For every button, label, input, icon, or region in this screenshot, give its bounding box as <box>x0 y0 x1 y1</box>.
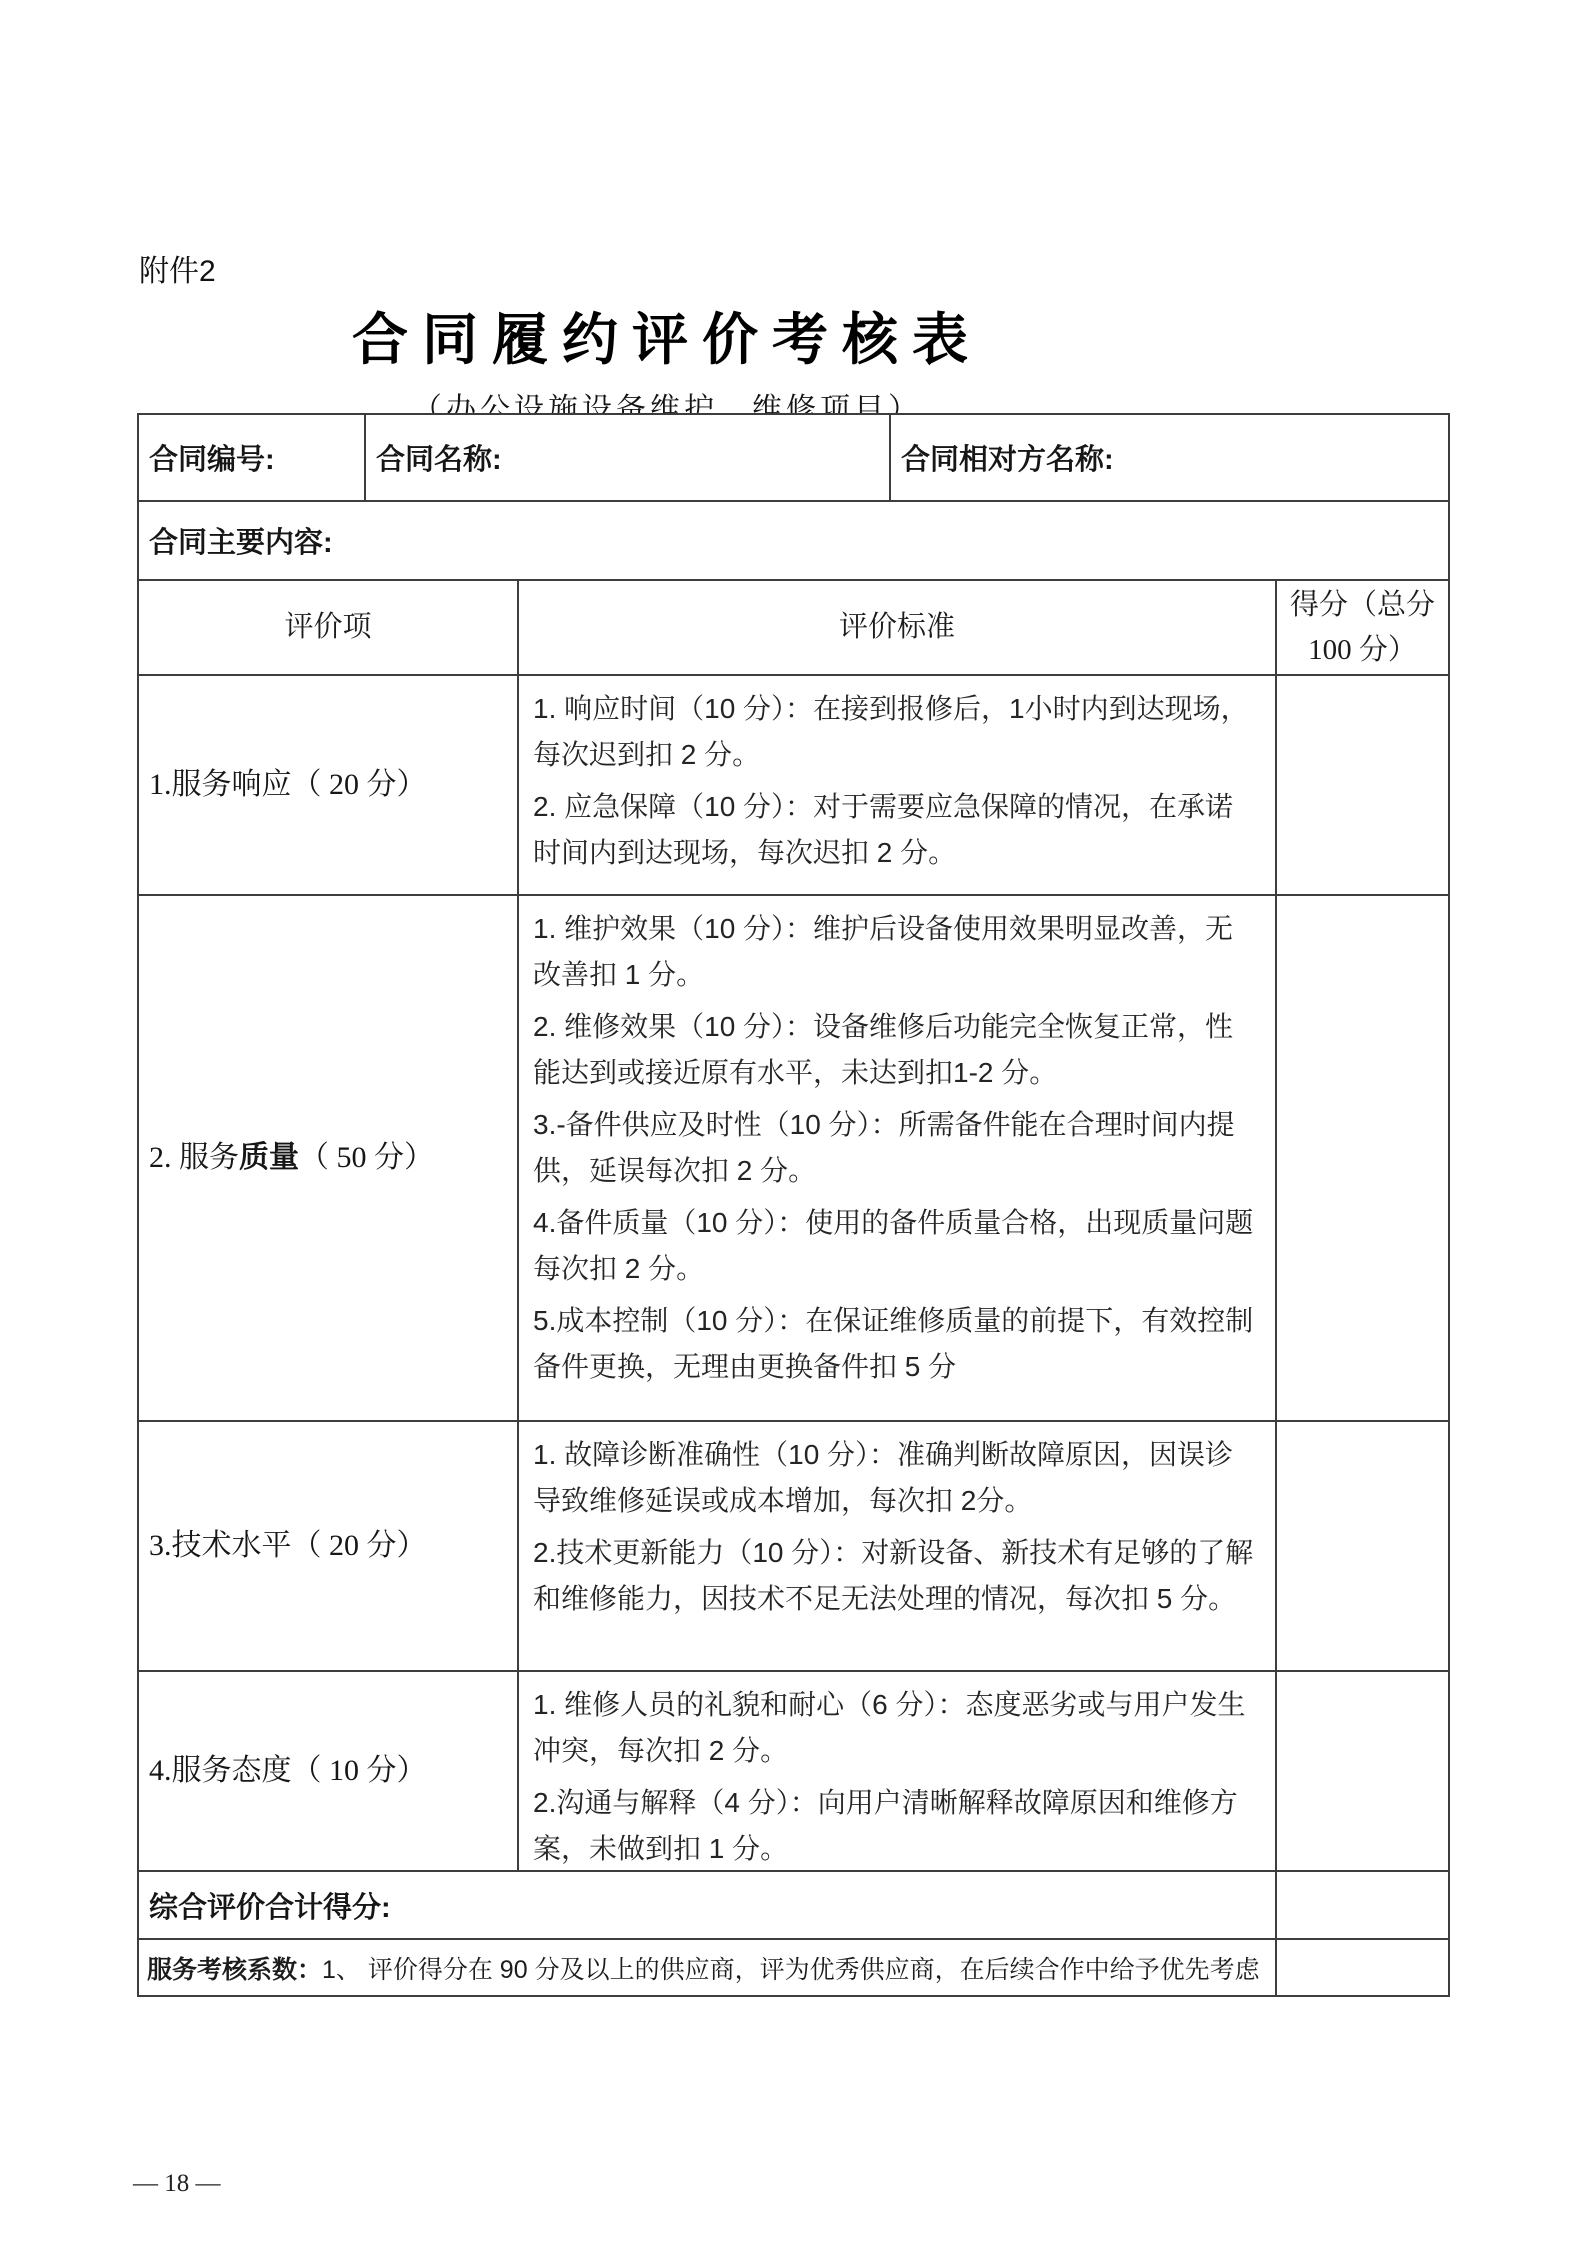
attachment-label: 附件2 <box>139 246 216 290</box>
main-content-row: 合同主要内容: <box>139 500 1448 579</box>
counterparty-name-label: 合同相对方名称: <box>891 415 1448 500</box>
criteria-paragraph: 4.备件质量（10 分）：使用的备件质量合格，出现质量问题每次扣 2 分。 <box>533 1200 1261 1292</box>
info-row: 合同编号: 合同名称: 合同相对方名称: <box>139 415 1448 500</box>
header-score-column: 得分（总分 100 分） <box>1275 581 1448 674</box>
eval-score-cell <box>1275 1422 1448 1670</box>
total-score-row: 综合评价合计得分: <box>139 1870 1448 1938</box>
criteria-paragraph: 1. 维护效果（10 分）：维护后设备使用效果明显改善，无改善扣 1 分。 <box>533 906 1261 998</box>
main-content-label: 合同主要内容: <box>139 502 1448 579</box>
document-page: 附件2 合同履约评价考核表 （办公设施设备维护、维修项目） 合同编号: 合同名称… <box>0 0 1587 2245</box>
eval-row: 4.服务态度（ 10 分）1. 维修人员的礼貌和耐心（6 分）：态度恶劣或与用户… <box>139 1670 1448 1870</box>
eval-item-cell: 1.服务响应（ 20 分） <box>139 676 517 894</box>
contract-number-cell: 合同编号: <box>139 415 364 500</box>
counterparty-name-cell: 合同相对方名称: <box>889 415 1448 500</box>
eval-item-label-part: 4.服务态度（ 10 分） <box>149 1754 427 1787</box>
coefficient-text: 1、 评价得分在 90 分及以上的供应商，评为优秀供应商，在后续合作中给予优先考… <box>322 1950 1260 1986</box>
coefficient-score-cell <box>1275 1940 1448 1995</box>
header-item-column: 评价项 <box>139 581 517 674</box>
eval-item-label-part: 2. 服务 <box>149 1141 239 1174</box>
criteria-paragraph: 1. 维修人员的礼貌和耐心（6 分）：态度恶劣或与用户发生冲突，每次扣 2 分。 <box>533 1682 1261 1774</box>
criteria-paragraph: 5.成本控制（10 分）：在保证维修质量的前提下，有效控制备件更换，无理由更换备… <box>533 1298 1261 1390</box>
eval-item-label-part: 3.技术水平（ 20 分） <box>149 1529 427 1562</box>
criteria-paragraph: 2. 应急保障（10 分）：对于需要应急保障的情况，在承诺时间内到达现场，每次迟… <box>533 784 1261 876</box>
eval-row: 1.服务响应（ 20 分）1. 响应时间（10 分）：在接到报修后，1小时内到达… <box>139 674 1448 894</box>
page-number: — 18 — <box>133 2170 221 2198</box>
total-score-label-cell: 综合评价合计得分: <box>139 1872 1275 1938</box>
eval-item-label-part: 1.服务响应（ 20 分） <box>149 768 427 801</box>
criteria-paragraph: 2. 维修效果（10 分）：设备维修后功能完全恢复正常，性能达到或接近原有水平，… <box>533 1004 1261 1096</box>
evaluation-rows: 1.服务响应（ 20 分）1. 响应时间（10 分）：在接到报修后，1小时内到达… <box>139 674 1448 1870</box>
criteria-paragraph: 1. 响应时间（10 分）：在接到报修后，1小时内到达现场，每次迟到扣 2 分。 <box>533 686 1261 778</box>
eval-score-cell <box>1275 896 1448 1420</box>
eval-criteria-cell: 1. 故障诊断准确性（10 分）：准确判断故障原因，因误诊导致维修延误或成本增加… <box>517 1422 1275 1670</box>
criteria-paragraph: 2.技术更新能力（10 分）：对新设备、新技术有足够的了解和维修能力，因技术不足… <box>533 1530 1261 1622</box>
header-criteria-column: 评价标准 <box>517 581 1275 674</box>
coefficient-line: 服务考核系数：1、 评价得分在 90 分及以上的供应商，评为优秀供应商，在后续合… <box>139 1940 1275 1995</box>
eval-criteria-cell: 1. 维护效果（10 分）：维护后设备使用效果明显改善，无改善扣 1 分。2. … <box>517 896 1275 1420</box>
eval-item-label: 3.技术水平（ 20 分） <box>139 1524 427 1568</box>
contract-name-cell: 合同名称: <box>364 415 889 500</box>
criteria-paragraph: 3.-备件供应及时性（10 分）：所需备件能在合理时间内提供，延误每次扣 2 分… <box>533 1102 1261 1194</box>
contract-evaluation-table: 合同编号: 合同名称: 合同相对方名称: 合同主要内容: 评价项 评价标准 得分… <box>137 413 1450 1997</box>
coefficient-row: 服务考核系数：1、 评价得分在 90 分及以上的供应商，评为优秀供应商，在后续合… <box>139 1938 1448 1995</box>
criteria-paragraph: 2.沟通与解释（4 分）：向用户清晰解释故障原因和维修方案，未做到扣 1 分。 <box>533 1780 1261 1870</box>
eval-score-cell <box>1275 676 1448 894</box>
eval-criteria-cell: 1. 响应时间（10 分）：在接到报修后，1小时内到达现场，每次迟到扣 2 分。… <box>517 676 1275 894</box>
total-score-label: 综合评价合计得分: <box>139 1872 1275 1938</box>
contract-number-label: 合同编号: <box>139 415 364 500</box>
eval-row: 2. 服务质量（ 50 分）1. 维护效果（10 分）：维护后设备使用效果明显改… <box>139 894 1448 1420</box>
total-score-value-cell <box>1275 1872 1448 1938</box>
contract-name-label: 合同名称: <box>366 415 889 500</box>
coefficient-text-cell: 服务考核系数：1、 评价得分在 90 分及以上的供应商，评为优秀供应商，在后续合… <box>139 1940 1275 1995</box>
eval-score-cell <box>1275 1672 1448 1870</box>
coefficient-label: 服务考核系数： <box>147 1950 322 1986</box>
document-header: 合同履约评价考核表 （办公设施设备维护、维修项目） <box>137 296 1197 428</box>
eval-item-label: 2. 服务质量（ 50 分） <box>139 1136 434 1180</box>
eval-item-cell: 4.服务态度（ 10 分） <box>139 1672 517 1870</box>
eval-item-cell: 2. 服务质量（ 50 分） <box>139 896 517 1420</box>
table-header-row: 评价项 评价标准 得分（总分 100 分） <box>139 579 1448 674</box>
eval-item-label-bold-part: 质量 <box>239 1141 299 1174</box>
criteria-paragraph: 1. 故障诊断准确性（10 分）：准确判断故障原因，因误诊导致维修延误或成本增加… <box>533 1432 1261 1524</box>
eval-item-label: 4.服务态度（ 10 分） <box>139 1749 427 1793</box>
eval-item-label: 1.服务响应（ 20 分） <box>139 763 427 807</box>
eval-item-cell: 3.技术水平（ 20 分） <box>139 1422 517 1670</box>
eval-criteria-cell: 1. 维修人员的礼貌和耐心（6 分）：态度恶劣或与用户发生冲突，每次扣 2 分。… <box>517 1672 1275 1870</box>
page-title: 合同履约评价考核表 <box>137 296 1197 376</box>
eval-item-label-part: （ 50 分） <box>299 1141 434 1174</box>
eval-row: 3.技术水平（ 20 分）1. 故障诊断准确性（10 分）：准确判断故障原因，因… <box>139 1420 1448 1670</box>
